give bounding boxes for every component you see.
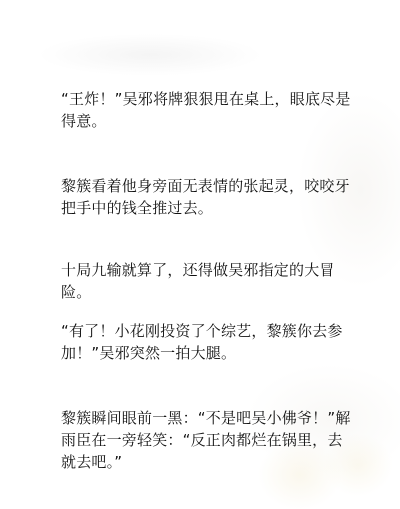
- paragraph-1: “王炸！”吴邪将牌狠狠甩在桌上，眼底尽是得意。: [61, 88, 351, 132]
- paragraph-3: 十局九输就算了，还得做吴邪指定的大冒险。: [61, 259, 351, 303]
- paragraph-4: “有了！小花刚投资了个综艺，黎簇你去参加！”吴邪突然一拍大腿。: [61, 320, 351, 364]
- paragraph-2: 黎簇看着他身旁面无表情的张起灵，咬咬牙把手中的钱全推过去。: [61, 175, 351, 219]
- paragraph-5: 黎簇瞬间眼前一黑：“不是吧吴小佛爷！”解雨臣在一旁轻笑：“反正肉都烂在锅里，去就…: [61, 407, 351, 473]
